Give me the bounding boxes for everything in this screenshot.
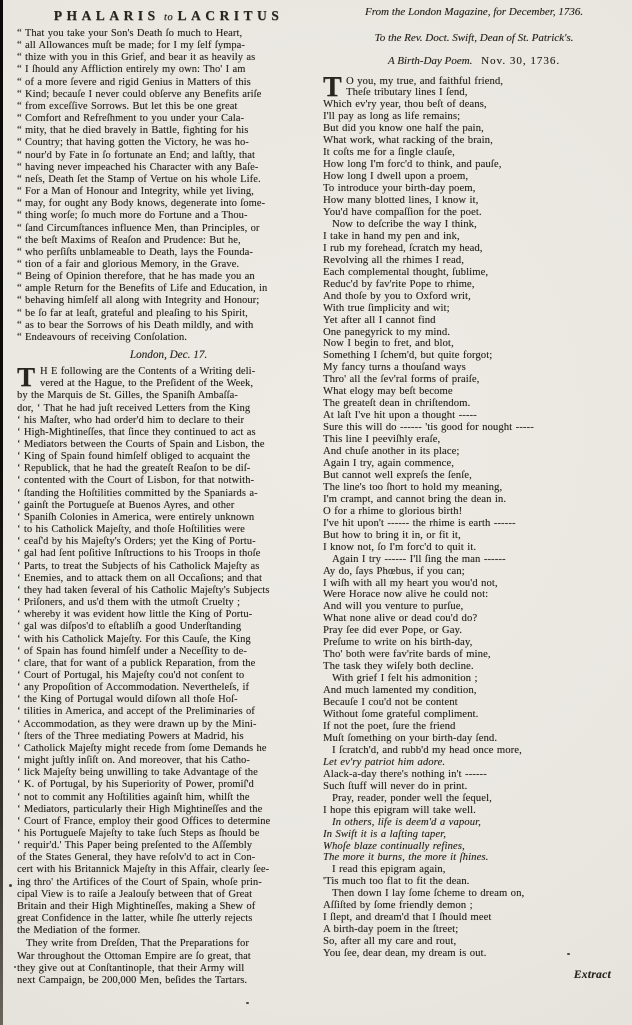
drop-cap-t: T — [323, 76, 342, 100]
text-line: H E following are the Contents of a Writ… — [40, 366, 320, 378]
text-line: ‘ Catholick Majeſty might recede from ſo… — [17, 743, 320, 755]
text-line: ‘ Priſoners, and us'd them with the utmo… — [17, 597, 320, 609]
text-line: ‘ they had taken ſeveral of his Catholic… — [17, 585, 320, 597]
drop-cap-t: T — [17, 366, 35, 389]
text-line: ‘ Court of France, employ their good Off… — [17, 816, 320, 828]
text-line: One panegyrick to my mind. — [323, 327, 625, 339]
text-line: But cannot well expreſs the ſenſe, — [323, 470, 625, 482]
text-line: The task they wiſely both decline. — [323, 661, 625, 673]
text-line: And will you venture to purſue, — [323, 601, 625, 613]
text-line: ‘ with his Catholick Majeſty. For this C… — [17, 634, 320, 646]
title-word-phalaris: PHALARIS — [54, 8, 160, 23]
text-line: I read this epigram again, — [332, 864, 625, 876]
text-line: Pray ſee did ever Pope, or Gay. — [323, 625, 625, 637]
text-line: “ Endeavours of receiving Conſolation. — [17, 332, 320, 344]
phalaris-letter-block: “ That you take your Son's Death ſo much… — [17, 28, 320, 344]
text-line: Theſe tributary lines I ſend, — [346, 87, 625, 99]
dateline-london: London, Dec. 17. — [17, 349, 320, 362]
text-line: ing thro' the Artifices of the Court of … — [17, 877, 320, 889]
text-line: ‘ the King of Portugal would diſown all … — [17, 694, 320, 706]
scanned-magazine-page: PHALARIS to LACRITUS “ That you take you… — [0, 0, 632, 1025]
text-line: “ mity, that he died bravely in Battle, … — [17, 125, 320, 137]
text-line: Britain and their High Mightineſſes, mak… — [17, 901, 320, 913]
text-line: I know not, ſo I'm forc'd to quit it. — [323, 542, 625, 554]
right-column: From the London Magazine, for December, … — [323, 6, 625, 981]
source-attribution: From the London Magazine, for December, … — [323, 6, 625, 20]
text-line: ‘ High-Mightineſſes, that ſince they con… — [17, 427, 320, 439]
text-line: “ who perſiſts unblameable to Death, lay… — [17, 247, 320, 259]
text-line: “ Comfort and Refreſhment to you under y… — [17, 113, 320, 125]
text-line: “ the beſt Maxims of Reaſon and Prudence… — [17, 235, 320, 247]
text-line: ‘ might juſtly inſiſt on. And moreover, … — [17, 755, 320, 767]
text-line: ‘ ſtanding the Hoſtilities committed by … — [17, 488, 320, 500]
text-line: I ſcratch'd, and rubb'd my head once mor… — [332, 745, 625, 757]
text-line: To introduce your birth-day poem, — [323, 183, 625, 195]
text-line: And thoſe by you to Oxford writ, — [323, 291, 625, 303]
text-line: Now I begin to fret, and blot, — [323, 338, 625, 350]
text-line: I ſlept, and dream'd that I ſhould meet — [323, 912, 625, 924]
text-line: ‘ of Spain has found himſelf under a Nec… — [17, 646, 320, 658]
text-line: ‘ King of Spain found himſelf obliged to… — [17, 451, 320, 463]
text-line: “ nour'd by Fate in ſo fortunate an End;… — [17, 150, 320, 162]
text-line: Such ſtuff will never do in print. — [323, 781, 625, 793]
text-line: ‘ tilities in America, and accept of the… — [17, 706, 320, 718]
text-line: Now to deſcribe the way I think, — [332, 219, 625, 231]
text-line: ‘ ſters of the Three mediating Powers at… — [17, 731, 320, 743]
title-word-lacritus: LACRITUS — [177, 8, 283, 23]
text-line: “ Kind; becauſe I never could obſerve an… — [17, 89, 320, 101]
text-line: next Campaign, be 200,000 Men, beſides t… — [17, 975, 320, 987]
text-line: “ having never impeached his Character w… — [17, 162, 320, 174]
text-line: If not the poet, ſure the friend — [323, 721, 625, 733]
text-line: ‘ Mediators, particularly their High Mig… — [17, 804, 320, 816]
text-line: great Confidence in the latter, while ſh… — [17, 913, 320, 925]
text-line: A birth-day poem in the ſtreet; — [323, 924, 625, 936]
text-line: How long I'm forc'd to think, and pauſe, — [323, 159, 625, 171]
text-line: With true ſimplicity and wit; — [323, 303, 625, 315]
text-line: So, after all my care and rout, — [323, 936, 625, 948]
text-line: O for a rhime to glorious birth! — [323, 506, 625, 518]
text-line: “ from exceſſive Sorrows. But let this b… — [17, 101, 320, 113]
dresden-news-block: They write from Dreſden, That the Prepar… — [17, 938, 320, 987]
text-line: Without ſome grateful compliment. — [323, 709, 625, 721]
text-line: Each complemental thought, ſublime, — [323, 267, 625, 279]
text-line: cipal View is to raiſe a Jealouſy betwee… — [17, 889, 320, 901]
text-line: 'Tis much too flat to fit the dean. — [323, 876, 625, 888]
text-line: I take in hand my pen and ink, — [323, 231, 625, 243]
text-line: This line I peeviſhly eraſe, — [323, 434, 625, 446]
poem-title-line: A Birth-Day Poem. Nov. 30, 1736. — [323, 55, 625, 69]
text-line: ‘ Parts, to treat the Subjects of his Ca… — [17, 561, 320, 573]
text-line: they give out at Conſtantinople, that th… — [17, 963, 320, 975]
text-line: Sure this will do ------ 'tis good for n… — [323, 422, 625, 434]
text-line: Pray, reader, ponder well the ſequel, — [332, 793, 625, 805]
text-line: ‘ gal had ſent poſitive Inſtructions to … — [17, 548, 320, 560]
text-line: What none alive or dead cou'd do? — [323, 613, 625, 625]
scan-speckle — [246, 1002, 249, 1004]
text-line: ‘ Court of Portugal, his Majeſty cou'd n… — [17, 670, 320, 682]
spanish-memorial-block: T H E following are the Contents of a Wr… — [17, 366, 320, 937]
spanish-memorial-lines: H E following are the Contents of a Writ… — [17, 366, 320, 937]
scan-speckle — [9, 884, 12, 887]
text-line: “ ample Return for the Benefits of Life … — [17, 283, 320, 295]
text-line: My fancy turns a thouſand ways — [323, 362, 625, 374]
text-line: ‘ Mediators between the Courts of Spain … — [17, 439, 320, 451]
text-line: How long I dwell upon a proem, — [323, 171, 625, 183]
text-line: I wiſh with all my heart you wou'd not, — [323, 578, 625, 590]
text-line: “ neſs, Death ſet the Stamp of Vertue on… — [17, 174, 320, 186]
text-line: But how to bring it in, or fit it, — [323, 530, 625, 542]
text-line: ‘ Accommodation, as they were drawn up b… — [17, 719, 320, 731]
text-line: Which ev'ry year, thou beſt of deans, — [323, 99, 625, 111]
text-line: You'd have compaſſion for the poet. — [323, 207, 625, 219]
text-line: the Mediation of the former. — [17, 925, 320, 937]
scan-edge-artifact — [0, 0, 3, 1025]
text-line: It coſts me for a ſingle clauſe, — [323, 147, 625, 159]
text-line: ‘ to his Catholick Majeſty, and thoſe Ho… — [17, 524, 320, 536]
text-line: “ thize with you in this Grief, and bear… — [17, 52, 320, 64]
text-line: With grief I felt his admonition ; — [332, 673, 625, 685]
text-line: “ of a more ſevere and rigid Genius in M… — [17, 77, 320, 89]
text-line: “ That you take your Son's Death ſo much… — [17, 28, 320, 40]
text-line: And chuſe another in its place; — [323, 446, 625, 458]
text-line: by the Marquis de St. Gilles, the Spaniſ… — [17, 390, 320, 402]
text-line: How many blotted lines, I know it, — [323, 195, 625, 207]
text-line: ‘ Republick, that he had the greateſt Re… — [17, 463, 320, 475]
text-line: Tho' both were fav'rite bards of mine, — [323, 649, 625, 661]
text-line: I'm crampt, and cannot bring the dean in… — [323, 494, 625, 506]
text-line: Revolving all the rhimes I read, — [323, 255, 625, 267]
text-line: They write from Dreſden, That the Prepar… — [26, 938, 320, 950]
text-line: Muſt ſomething on your birth-day ſend. — [323, 733, 625, 745]
text-line: “ tion of a fair and glorious Memory, in… — [17, 259, 320, 271]
text-line: Reduc'd by fav'rite Pope to rhime, — [323, 279, 625, 291]
text-line: “ Country; that having gotten the Victor… — [17, 137, 320, 149]
text-line: In others, life is deem'd a vapour, — [332, 817, 625, 829]
text-line: I rub my forehead, ſcratch my head, — [323, 243, 625, 255]
text-line: ‘ gainſt the Portugueſe at Buenos Ayres,… — [17, 500, 320, 512]
text-line: ‘ requir'd.' This Paper being preſented … — [17, 840, 320, 852]
text-line: Alack-a-day there's nothing in't ------ — [323, 769, 625, 781]
text-line: Yet after all I cannot find — [323, 315, 625, 327]
text-line: ‘ his Portugueſe Majeſty to take ſuch St… — [17, 828, 320, 840]
text-line: ‘ his Maſter, who had order'd him to dec… — [17, 415, 320, 427]
text-line: ‘ lick Majeſty being unwilling to take A… — [17, 767, 320, 779]
text-line: “ be ſo far at leaſt, grateful and pleaſ… — [17, 308, 320, 320]
text-line: “ as to bear the Sorrows of his Death mi… — [17, 320, 320, 332]
text-line: I've hit upon't ------ the rhime is eart… — [323, 518, 625, 530]
text-line: Becauſe I cou'd not be content — [323, 697, 625, 709]
text-line: O you, my true, and faithful friend, — [346, 76, 625, 88]
text-line: ‘ ceaſ'd by his Majeſty's Orders; yet th… — [17, 536, 320, 548]
text-line: I hope this epigram will take well. — [323, 805, 625, 817]
poem-date: Nov. 30, 1736. — [475, 55, 560, 67]
text-line: ‘ contented with the Court of Lisbon, fo… — [17, 475, 320, 487]
text-line: ‘ clare, that for want of a publick Repa… — [17, 658, 320, 670]
text-line: of the States General, they have reſolv'… — [17, 852, 320, 864]
left-column: PHALARIS to LACRITUS “ That you take you… — [17, 8, 320, 987]
text-line: “ may, for ought any Body knows, degener… — [17, 198, 320, 210]
text-line: cert with his Britannick Majeſty in this… — [17, 864, 320, 876]
text-line: dor, ‘ That he had juſt received Letters… — [17, 403, 320, 415]
poem-title: A Birth-Day Poem. — [388, 55, 472, 67]
text-line: ‘ any Propoſition of Accommodation. Neve… — [17, 682, 320, 694]
text-line: “ all Allowances muſt be made; for I my … — [17, 40, 320, 52]
text-line: Then down I lay ſome ſcheme to dream on, — [332, 888, 625, 900]
catchword: Extract — [323, 969, 625, 981]
text-line: ‘ whereby it was evident how little the … — [17, 609, 320, 621]
birthday-poem-block: T O you, my true, and faithful friend,Th… — [323, 76, 625, 961]
text-line: You ſee, dear dean, my dream is out. — [323, 948, 625, 960]
text-line: ‘ not to commit any Hoſtilities againſt … — [17, 792, 320, 804]
text-line: And much lamented my condition, — [323, 685, 625, 697]
text-line: In Swift it is a laſting taper, — [323, 829, 625, 841]
text-line: I'll pay as long as life remains; — [323, 111, 625, 123]
text-line: What elogy may beſt become — [323, 386, 625, 398]
text-line: Ay do, ſays Phœbus, if you can; — [323, 566, 625, 578]
poem-lines: O you, my true, and faithful friend,Theſ… — [323, 76, 625, 961]
text-line: Were Horace now alive he could not: — [323, 589, 625, 601]
text-line: “ thing worſe; ſo much more do Fortune a… — [17, 210, 320, 222]
text-line: War throughout the Ottoman Empire are ſo… — [17, 951, 320, 963]
scan-speckle — [14, 966, 16, 968]
article-title: PHALARIS to LACRITUS — [17, 8, 320, 25]
text-line: At laſt I've hit upon a thought ----- — [323, 410, 625, 422]
title-connector: to — [163, 12, 174, 23]
text-line: vered at the Hague, to the Preſident of … — [40, 378, 320, 390]
text-line: But did you know one half the pain, — [323, 123, 625, 135]
text-line: Aſſiſted by ſome friendly demon ; — [323, 900, 625, 912]
text-line: Again I try, again commence, — [323, 458, 625, 470]
text-line: Let ev'ry patriot him adore. — [323, 757, 625, 769]
text-line: ‘ Spaniſh Colonies in America, were enti… — [17, 512, 320, 524]
text-line: Preſume to write on his birth-day, — [323, 637, 625, 649]
text-line: The more it burns, the more it ſhines. — [323, 852, 625, 864]
text-line: ‘ gal was diſpos'd to eſtabliſh a good U… — [17, 621, 320, 633]
text-line: “ behaving himſelf all along with Integr… — [17, 295, 320, 307]
text-line: Whoſe blaze continually refines, — [323, 841, 625, 853]
text-line: “ For a Man of Honour and Integrity, whi… — [17, 186, 320, 198]
text-line: The line's too ſhort to hold my meaning, — [323, 482, 625, 494]
text-line: “ Being of Opinion therefore, that he ha… — [17, 271, 320, 283]
text-line: ‘ Enemies, and to attack them on all Occ… — [17, 573, 320, 585]
text-line: “ ſand Circumſtances influence Men, than… — [17, 223, 320, 235]
text-line: “ I ſhould any Affliction entirely my ow… — [17, 64, 320, 76]
text-line: The greateſt dean in chriſtendom. — [323, 398, 625, 410]
text-line: ‘ K. of Portugal, by his Superiority of … — [17, 779, 320, 791]
text-line: Again I try ------ I'll ſing the man ---… — [332, 554, 625, 566]
text-line: Something I ſchem'd, but quite forgot; — [323, 350, 625, 362]
dedication-line: To the Rev. Doct. Swift, Dean of St. Pat… — [323, 32, 625, 46]
text-line: What work, what racking of the brain, — [323, 135, 625, 147]
text-line: Thro' all the ſev'ral forms of praiſe, — [323, 374, 625, 386]
